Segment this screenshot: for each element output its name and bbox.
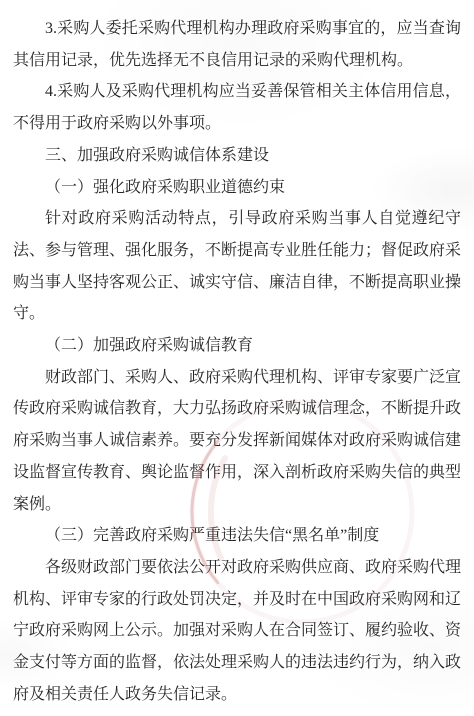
paragraph-body: 财政部门、采购人、政府采购代理机构、评审专家要广泛宣传政府采购诚信教育，大力弘扬… <box>13 362 461 521</box>
subsection-heading-2: （二）加强政府采购诚信教育 <box>13 330 461 362</box>
paragraph-item-3: 3.采购人委托采购代理机构办理政府采购事宜的，应当查询其信用记录，优先选择无不良… <box>13 13 461 76</box>
section-heading-3: 三、加强政府采购诚信体系建设 <box>13 140 461 172</box>
paragraph-item-4: 4.采购人及采购代理机构应当妥善保管相关主体信用信息，不得用于政府采购以外事项。 <box>13 76 461 139</box>
paragraph-body: 针对政府采购活动特点，引导政府采购当事人自觉遵纪守法、参与管理、强化服务，不断提… <box>13 203 461 330</box>
document-page: 3.采购人委托采购代理机构办理政府采购事宜的，应当查询其信用记录，优先选择无不良… <box>0 0 474 716</box>
paragraph-body: 各级财政部门要依法公开对政府采购供应商、政府采购代理机构、评审专家的行政处罚决定… <box>13 552 461 711</box>
subsection-heading-1: （一）强化政府采购职业道德约束 <box>13 172 461 204</box>
subsection-heading-3: （三）完善政府采购严重违法失信“黑名单”制度 <box>13 520 461 552</box>
